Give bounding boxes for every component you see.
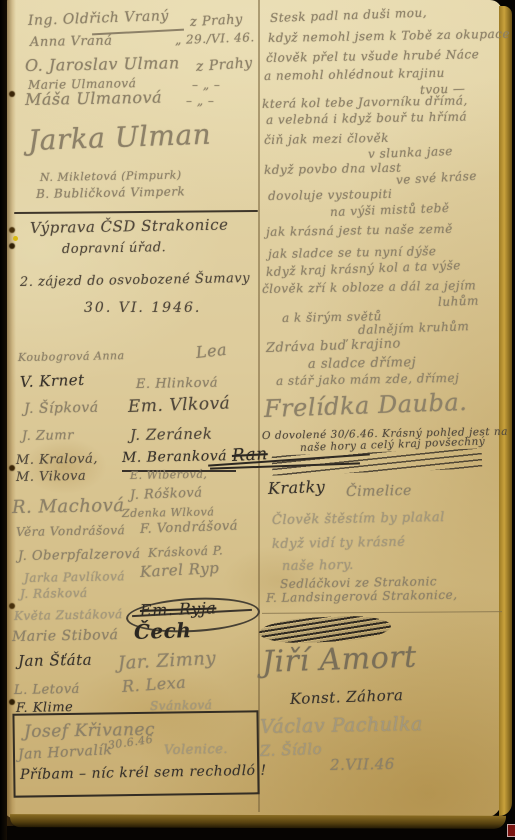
poem-line: když povbo dna vlast <box>264 162 402 176</box>
expedition-title: Výprava ČSD Strakonice <box>30 218 229 236</box>
signature-amort: Jiří Amort <box>261 643 417 678</box>
entry-mikletova: N. Mikletová (Pimpurk) <box>40 170 182 183</box>
poem-line: dalnějím kruhům <box>358 320 470 336</box>
poem-line: luhům <box>438 295 479 308</box>
paper-speck <box>13 236 18 241</box>
entry-zimny: Jar. Zimny <box>118 650 217 673</box>
entry-vondrasova: Věra Vondrášová <box>16 524 125 538</box>
entry-raskova: J. Rásková <box>20 587 88 600</box>
binding-stitches <box>10 0 14 4</box>
quote-line: Člověk štěstím by plakal <box>272 511 445 527</box>
entry-vrany-place: z Prahy <box>190 13 244 29</box>
poem-line: dovoluje vystoupiti <box>268 188 392 202</box>
book-bottom-edge <box>10 814 506 829</box>
corner-red-tab <box>507 824 515 837</box>
entry-cech: Čech <box>134 620 192 642</box>
page-fold-stain <box>7 0 16 826</box>
entry-ditto-1: – „ – <box>192 79 220 91</box>
poem-line: člověk zří k obloze a dál za jejím <box>262 279 476 295</box>
expedition-trip: 2. zájezd do osvobozené Šumavy <box>20 272 250 289</box>
entry-ryja-crossed: Em. Ryja <box>140 600 217 619</box>
entry-kratky: Kratky <box>268 479 326 497</box>
entry-landsingerova: F. Landsingerová Strakonice, <box>266 589 458 604</box>
poem-line: a nemohl ohlédnout krajinu <box>264 67 445 82</box>
quote-line: když vidí ty krásné <box>272 536 406 551</box>
entry-stata: Jan Šťáta <box>18 653 92 669</box>
entry-wiberova: E. Wiberová, <box>130 469 208 481</box>
entry-stibova: Marie Stibová <box>12 628 119 644</box>
expedition-office: dopravní úřad. <box>62 241 166 256</box>
entry-roskova: J. Róšková <box>130 486 203 502</box>
entry-cimelice: Čimelice <box>346 484 412 499</box>
signature-jarka-ulman: Jarka Ulman <box>28 121 212 155</box>
expedition-date: 30. VI. 1946. <box>84 301 201 315</box>
entry-kraskova: Krásková P. <box>148 544 224 559</box>
entry-ink-note: Příbam – níc krél sem rechodló ! <box>20 764 267 782</box>
entry-lea: Lea <box>195 342 228 361</box>
entry-sidlo: Z. Šídlo <box>260 742 323 759</box>
entry-klime: F. Klime <box>16 701 74 715</box>
entry-vrana-date: „ 29./VI. 46. <box>175 31 255 46</box>
entry-ulmanova-masa: Máša Ulmanová <box>25 90 162 108</box>
entry-volenice: Volenice. <box>164 743 228 757</box>
entry-oberpfalzerova: J. Oberpfalzerová <box>18 548 141 563</box>
entry-ran-crossed: Ran <box>232 446 269 465</box>
book-fore-edge <box>499 6 512 816</box>
entry-wlkova-zdenka: Zdenka Wlková <box>122 506 215 519</box>
entry-letova: L. Letová <box>14 683 80 697</box>
poem-line: jak krásná jest tu naše země <box>266 223 453 238</box>
entry-zumr: J. Zumr <box>22 429 74 443</box>
date-bottom: 2.VII.46 <box>330 757 395 773</box>
book-binding-edge <box>0 0 7 840</box>
entry-vlkova: Em. Vlková <box>128 395 231 416</box>
entry-koubogrova: Koubogrová Anna <box>18 350 125 363</box>
poem-line: a velebná i když bouř tu hřímá <box>266 110 467 126</box>
entry-ditto-2: – „ – <box>186 95 214 107</box>
entry-zeranek: J. Zeránek <box>130 427 213 443</box>
entry-pavlikova: Jarka Pavlíková <box>24 570 125 584</box>
entry-vikova: M. Vikova <box>16 470 86 484</box>
entry-vrana: Anna Vraná <box>30 35 113 49</box>
entry-svankova: Svánková <box>150 699 213 712</box>
poem-line: člověk přel tu všude hrubé Náce <box>266 48 480 64</box>
signature-dauba: Frelídka Dauba. <box>264 390 468 421</box>
poem-line: jak sladce se tu nyní dýše <box>268 245 437 260</box>
column-divider-line <box>258 0 260 812</box>
photo-background: Ing. Oldřich Vranýz PrahyAnna Vraná„ 29.… <box>0 0 515 840</box>
entry-karel-ryp: Karel Ryp <box>140 561 220 580</box>
entry-ulman: O. Jaroslav Ulman <box>25 55 180 74</box>
entry-hlinkova: E. Hlinková <box>136 377 218 391</box>
entry-zustakova: Květa Zustáková <box>14 608 123 622</box>
entry-sipkova: J. Šípková <box>24 401 99 416</box>
entry-vondrasova-f: F. Vondrášová <box>140 520 238 536</box>
entry-zahora: Konst. Záhora <box>290 688 404 707</box>
poem-line: čiň jak mezi člověk <box>264 132 389 146</box>
entry-ulman-place: z Prahy <box>196 56 254 74</box>
poem-line: která kol tebe Javorníku dřímá, <box>262 94 468 110</box>
entry-kralova: M. Kralová, <box>16 453 98 467</box>
entry-berankova: M. Beranková <box>122 449 227 465</box>
entry-machova: R. Machová <box>12 497 125 517</box>
poem-line: a sladce dřímej <box>308 356 416 371</box>
entry-lexa: R. Lexa <box>121 675 186 695</box>
entry-pachulka: Václav Pachulka <box>260 715 423 737</box>
entry-bublickova: B. Bubličková Vimperk <box>36 185 185 200</box>
poem-line: a stář jako mám zde, dřímej <box>276 372 459 387</box>
quote-line: naše hory. <box>282 559 354 573</box>
poem-line: v slunka jase <box>368 145 453 160</box>
entry-krnet: V. Krnet <box>20 373 85 390</box>
